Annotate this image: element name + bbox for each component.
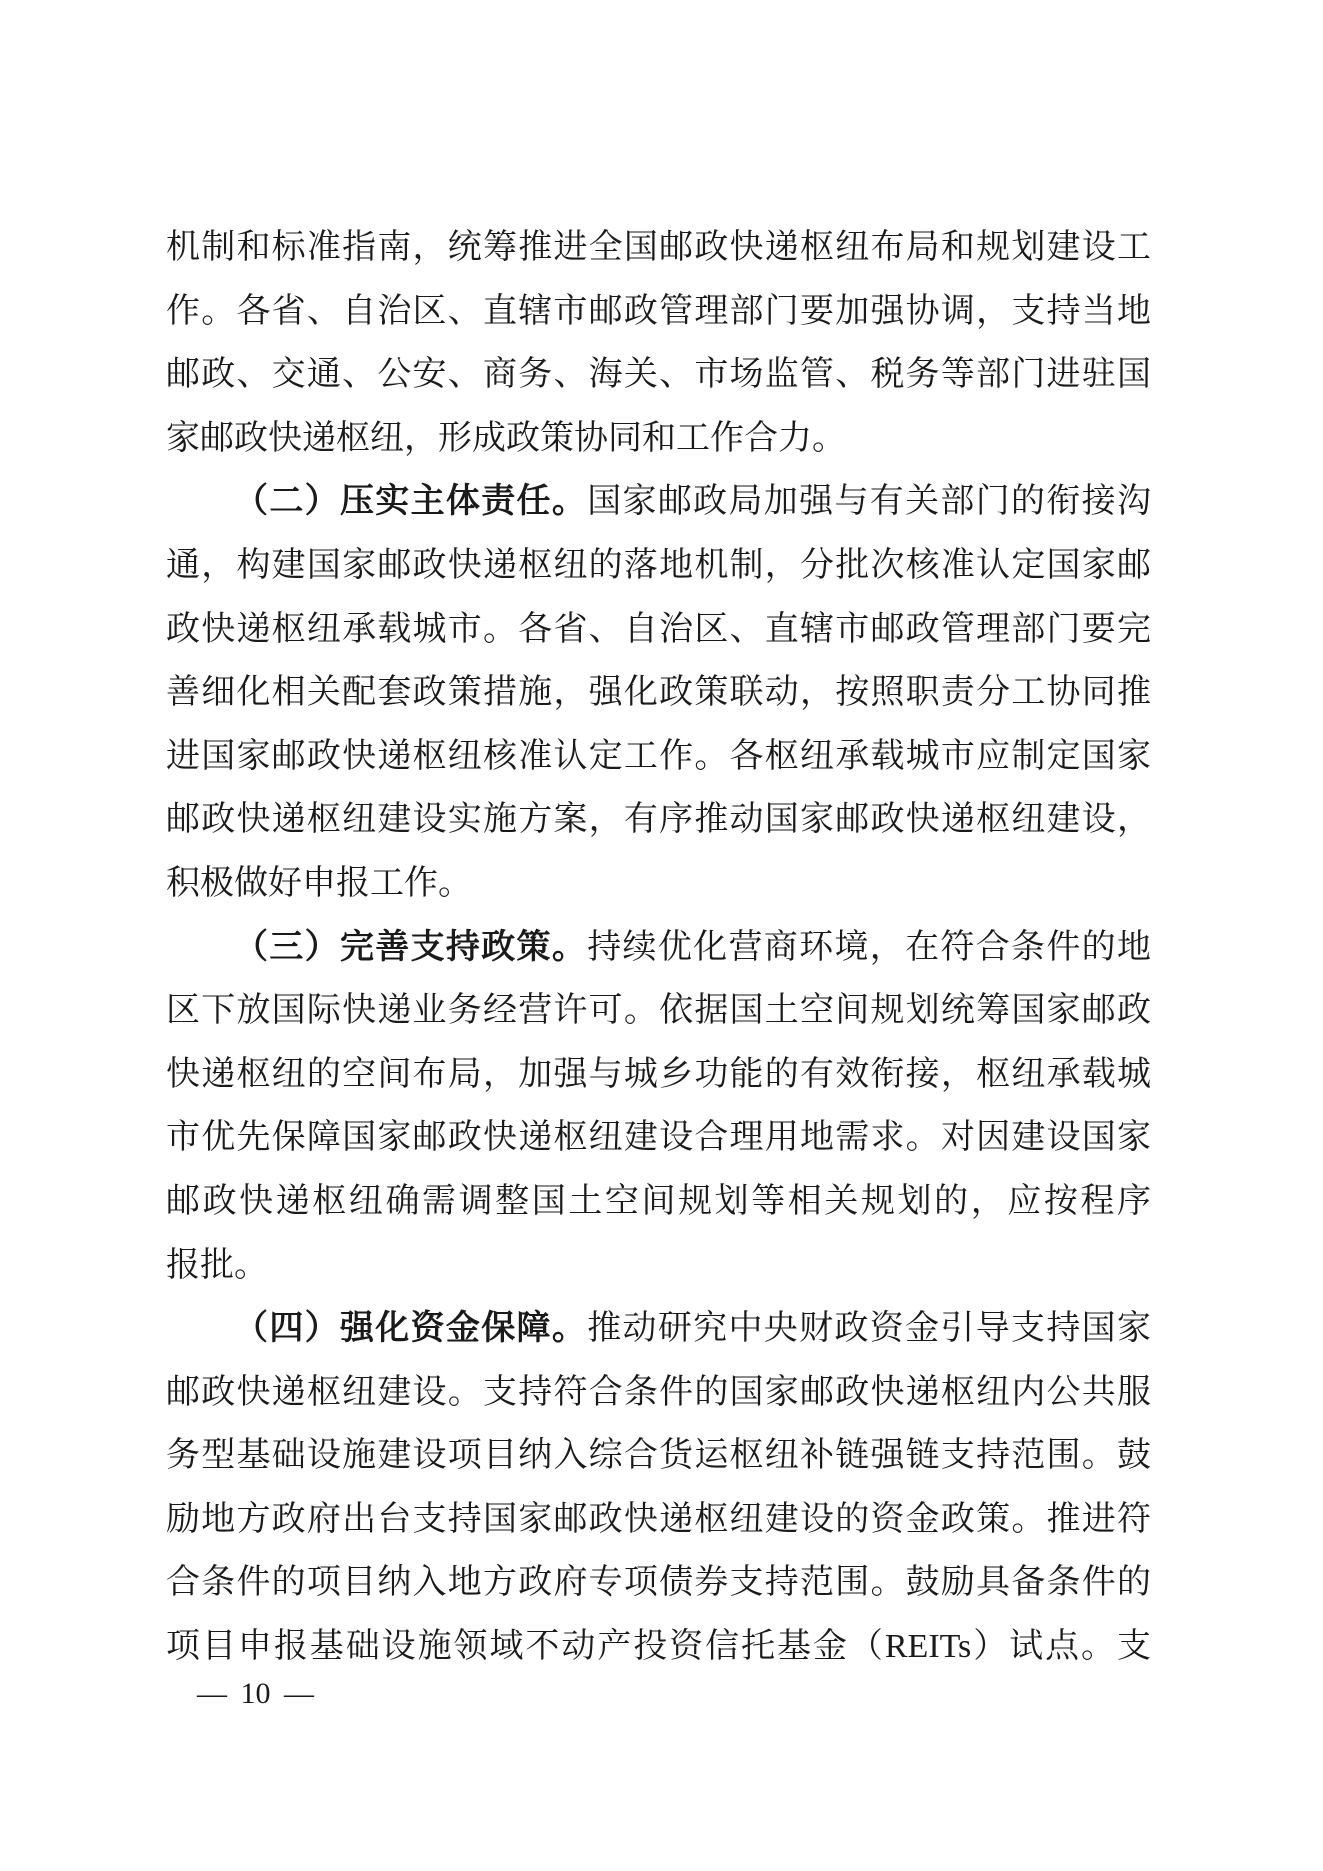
text-line: （二）压实主体责任。国家邮政局加强与有关部门的衔接沟 (166, 470, 1151, 534)
text-line: 政快递枢纽承载城市。各省、自治区、直辖市邮政管理部门要完 (166, 598, 1151, 662)
text-line: 快递枢纽的空间布局，加强与城乡功能的有效衔接，枢纽承载城 (166, 1043, 1151, 1107)
paragraph-heading: （三）完善支持政策。 (234, 929, 587, 966)
document-body: 机制和标准指南，统筹推进全国邮政快递枢纽布局和规划建设工作。各省、自治区、直辖市… (166, 216, 1151, 1679)
text-line: 邮政、交通、公安、商务、海关、市场监管、税务等部门进驻国 (166, 343, 1151, 407)
paragraph-heading: （二）压实主体责任。 (234, 483, 587, 520)
text-line: 邮政快递枢纽确需调整国土空间规划等相关规划的，应按程序 (166, 1170, 1151, 1234)
paragraph-heading: （四）强化资金保障。 (234, 1310, 587, 1347)
text-line: 报批。 (166, 1234, 1151, 1298)
text-line: 市优先保障国家邮政快递枢纽建设合理用地需求。对因建设国家 (166, 1106, 1151, 1170)
text-line: 合条件的项目纳入地方政府专项债券支持范围。鼓励具备条件的 (166, 1551, 1151, 1615)
text-line: 家邮政快递枢纽，形成政策协同和工作合力。 (166, 407, 1151, 471)
text-line: 项目申报基础设施领域不动产投资信托基金（REITs）试点。支 (166, 1615, 1151, 1679)
text-line: 善细化相关配套政策措施，强化政策联动，按照职责分工协同推 (166, 661, 1151, 725)
document-page: 机制和标准指南，统筹推进全国邮政快递枢纽布局和规划建设工作。各省、自治区、直辖市… (0, 0, 1323, 1871)
text-line: 区下放国际快递业务经营许可。依据国土空间规划统筹国家邮政 (166, 979, 1151, 1043)
text-line: 作。各省、自治区、直辖市邮政管理部门要加强协调，支持当地 (166, 280, 1151, 344)
text-line: （三）完善支持政策。持续优化营商环境，在符合条件的地 (166, 916, 1151, 980)
text-line: 励地方政府出台支持国家邮政快递枢纽建设的资金政策。推进符 (166, 1488, 1151, 1552)
text-line: （四）强化资金保障。推动研究中央财政资金引导支持国家 (166, 1297, 1151, 1361)
page-number: — 10 — (197, 1678, 314, 1710)
text-line: 积极做好申报工作。 (166, 852, 1151, 916)
text-line: 通，构建国家邮政快递枢纽的落地机制，分批次核准认定国家邮 (166, 534, 1151, 598)
text-line: 务型基础设施建设项目纳入综合货运枢纽补链强链支持范围。鼓 (166, 1424, 1151, 1488)
text-line: 邮政快递枢纽建设实施方案，有序推动国家邮政快递枢纽建设， (166, 788, 1151, 852)
text-line: 邮政快递枢纽建设。支持符合条件的国家邮政快递枢纽内公共服 (166, 1361, 1151, 1425)
text-line: 机制和标准指南，统筹推进全国邮政快递枢纽布局和规划建设工 (166, 216, 1151, 280)
text-line: 进国家邮政快递枢纽核准认定工作。各枢纽承载城市应制定国家 (166, 725, 1151, 789)
